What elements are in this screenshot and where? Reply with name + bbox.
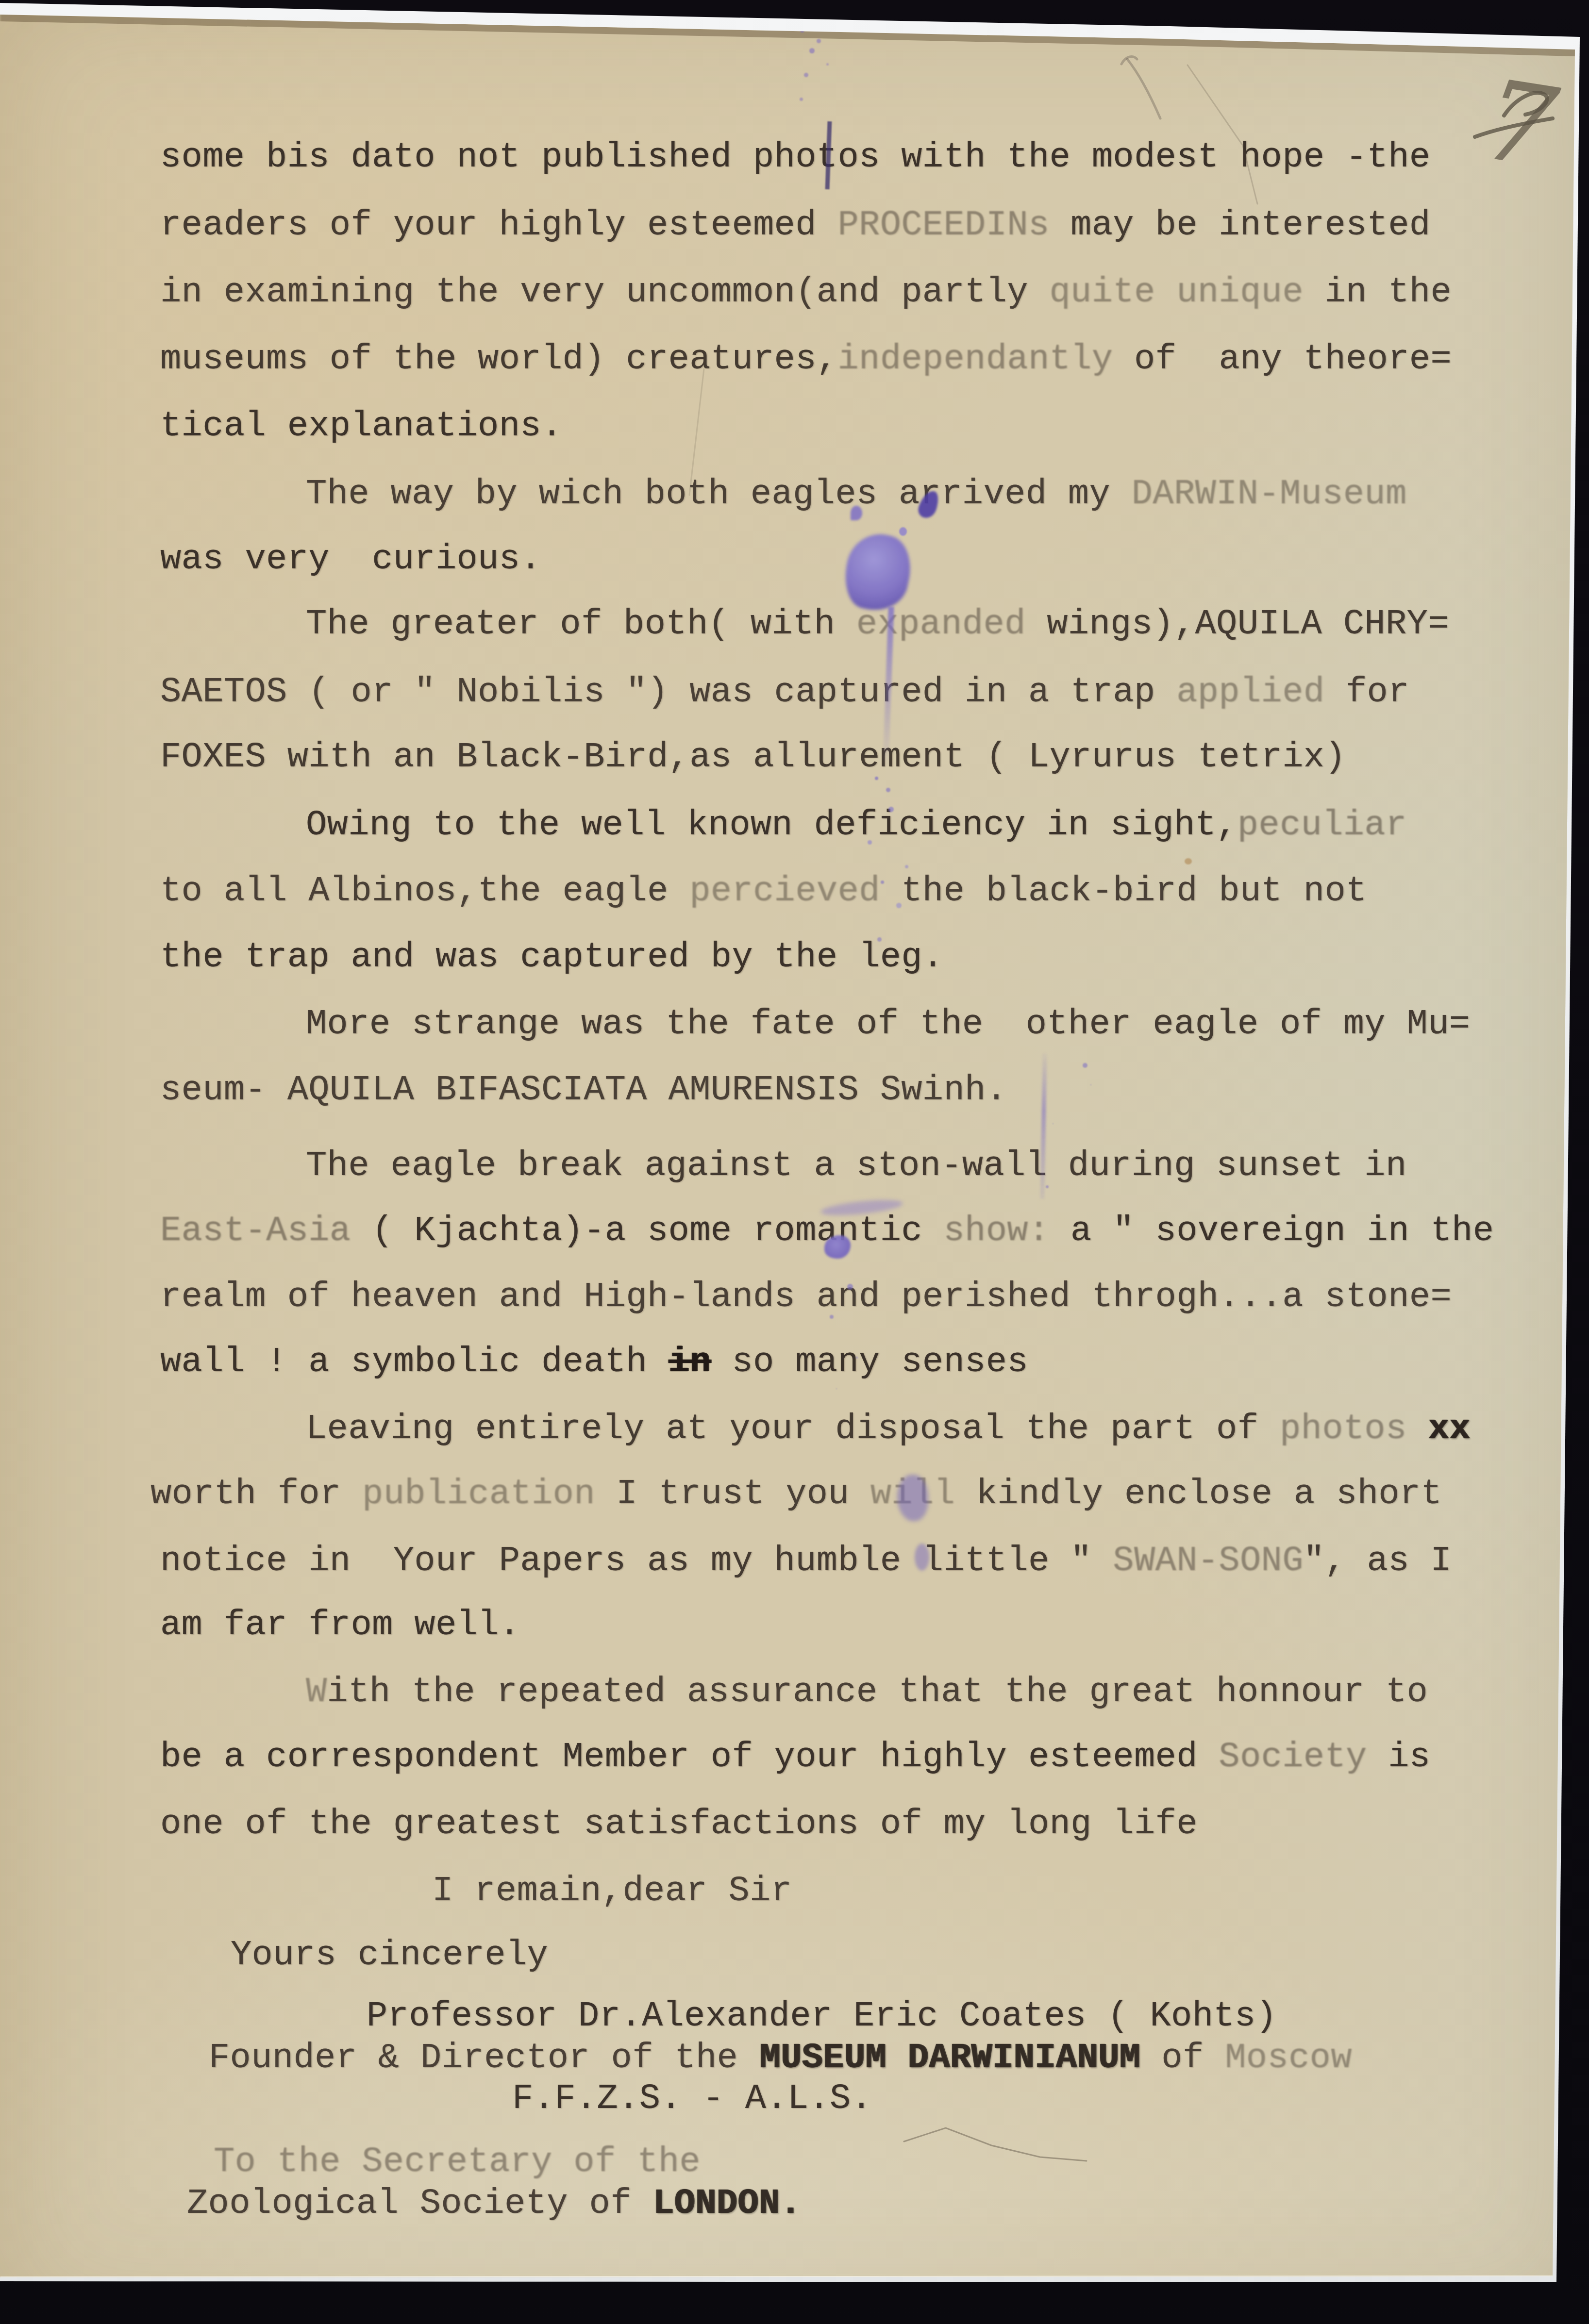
letter-text-segment: percieved: [689, 871, 880, 911]
ink-speckles: [875, 777, 878, 780]
letter-line: some bis dato not published photos with …: [160, 140, 1430, 175]
letter-text-segment: Society: [1219, 1737, 1367, 1777]
letter-line: wall ! a symbolic death in so many sense…: [160, 1345, 1028, 1379]
letter-text-segment: Founder & Director of the: [209, 2038, 759, 2078]
letter-body: some bis dato not published photos with …: [0, 0, 1589, 2324]
letter-text-segment: tical explanations.: [160, 406, 563, 446]
letter-text-segment: of: [1140, 2038, 1225, 2078]
letter-text-segment: ith the repeated assurance that the grea…: [327, 1672, 1428, 1712]
letter-text-segment: notice in Your Papers as my humble littl…: [160, 1541, 1113, 1581]
letter-text-segment: I trust you: [595, 1474, 870, 1514]
letter-text-segment: kindly enclose a short: [955, 1474, 1442, 1514]
letter-text-segment: The greater of both( with: [306, 604, 856, 644]
ink-smudge: [897, 1475, 928, 1521]
letter-line: I remain,dear Sir: [432, 1874, 792, 1909]
rust-stain-dot: [1185, 858, 1192, 864]
letter-line: FOXES with an Black-Bird,as allurement (…: [160, 740, 1346, 775]
letter-text-segment: wall ! a symbolic death: [160, 1342, 669, 1382]
letter-line: to all Albinos,the eagle percieved the b…: [160, 874, 1367, 909]
letter-text-segment: Moscow: [1225, 2038, 1352, 2078]
letter-line: Leaving entirely at your disposal the pa…: [306, 1411, 1470, 1446]
ink-speckles: [1083, 1063, 1087, 1068]
letter-text-segment: I remain,dear Sir: [432, 1871, 792, 1911]
letter-line: in examining the very uncommon(and partl…: [160, 275, 1452, 310]
letter-text-segment: The eagle break against a ston-wall duri…: [306, 1146, 1407, 1186]
ink-smudge: [915, 1544, 929, 1571]
letter-text-segment: was very curious.: [160, 539, 541, 579]
ink-speckles: [847, 1284, 853, 1290]
letter-text-segment: Zoological Society of: [187, 2184, 652, 2224]
letter-line: With the repeated assurance that the gre…: [306, 1675, 1428, 1710]
letter-text-segment: in: [669, 1342, 711, 1382]
letter-line: am far from well.: [160, 1608, 520, 1643]
letter-text-segment: xx: [1428, 1409, 1470, 1449]
letter-text-segment: am far from well.: [160, 1605, 520, 1645]
letter-text-segment: applied: [1176, 672, 1324, 712]
letter-text-segment: LONDON.: [652, 2184, 801, 2224]
letter-text-segment: wings),AQUILA CHRY=: [1026, 604, 1449, 644]
letter-line: Owing to the well known deficiency in si…: [306, 808, 1407, 843]
letter-text-segment: ( Kjachta)-a some romantic: [351, 1211, 943, 1251]
letter-text-segment: show:: [943, 1211, 1049, 1251]
letter-text-segment: Owing to the well known deficiency in si…: [306, 805, 1238, 845]
letter-text-segment: More strange was the fate of the other e…: [306, 1004, 1470, 1044]
letter-text-segment: one of the greatest satisfactions of my …: [160, 1804, 1198, 1844]
letter-line: The greater of both( with expanded wings…: [306, 607, 1449, 642]
letter-text-segment: PROCEEDINs: [837, 205, 1049, 245]
letter-text-segment: the black-bird but not: [880, 871, 1367, 911]
letter-text-segment: To the Secretary of the: [214, 2142, 701, 2182]
letter-text-segment: Leaving entirely at your disposal the pa…: [306, 1409, 1280, 1449]
letter-page: some bis dato not published photos with …: [0, 0, 1589, 2324]
letter-text-segment: is: [1367, 1737, 1431, 1777]
letter-text-segment: independantly: [837, 339, 1113, 379]
letter-line: Professor Dr.Alexander Eric Coates ( Koh…: [367, 1999, 1277, 2034]
letter-text-segment: may be interested: [1050, 205, 1431, 245]
letter-text-segment: of any theore=: [1113, 339, 1452, 379]
letter-text-segment: peculiar: [1238, 805, 1407, 845]
letter-line: To the Secretary of the: [214, 2144, 701, 2179]
letter-text-segment: the trap and was captured by the leg.: [160, 937, 943, 977]
letter-line: F.F.Z.S. - A.L.S.: [512, 2081, 872, 2116]
letter-text-segment: worth for: [151, 1474, 362, 1514]
letter-line: realm of heaven and High-lands and peris…: [160, 1279, 1452, 1314]
letter-text-segment: to all Albinos,the eagle: [160, 871, 689, 911]
letter-text-segment: DARWIN-Museum: [1132, 474, 1407, 514]
letter-line: More strange was the fate of the other e…: [306, 1007, 1470, 1042]
letter-text-segment: seum- AQUILA BIFASCIATA AMURENSIS Swinh.: [160, 1070, 1007, 1110]
letter-text-segment: readers of your highly esteemed: [160, 205, 837, 245]
letter-text-segment: F.F.Z.S. - A.L.S.: [512, 2079, 872, 2119]
letter-text-segment: SWAN-SONG: [1113, 1541, 1303, 1581]
letter-line: tical explanations.: [160, 409, 563, 444]
scan-background: some bis dato not published photos with …: [0, 0, 1589, 2324]
letter-text-segment: in examining the very uncommon(and partl…: [160, 272, 1050, 312]
letter-line: readers of your highly esteemed PROCEEDI…: [160, 208, 1430, 243]
letter-text-segment: quite unique: [1050, 272, 1304, 312]
letter-line: seum- AQUILA BIFASCIATA AMURENSIS Swinh.: [160, 1073, 1007, 1108]
letter-text-segment: for: [1324, 672, 1409, 712]
letter-line: Zoological Society of LONDON.: [187, 2186, 801, 2221]
letter-text-segment: so many senses: [711, 1342, 1028, 1382]
letter-text-segment: in the: [1304, 272, 1452, 312]
letter-text-segment: FOXES with an Black-Bird,as allurement (…: [160, 737, 1346, 777]
letter-line: The eagle break against a ston-wall duri…: [306, 1148, 1407, 1183]
ink-blot-droplet: [851, 506, 862, 520]
letter-text-segment: East-Asia: [160, 1211, 351, 1251]
letter-text-segment: publication: [362, 1474, 595, 1514]
ink-blot-droplet: [899, 527, 907, 536]
letter-line: worth for publication I trust you will k…: [151, 1477, 1442, 1511]
letter-text-segment: a " sovereign in the: [1050, 1211, 1494, 1251]
letter-text-segment: ", as I: [1304, 1541, 1452, 1581]
letter-line: one of the greatest satisfactions of my …: [160, 1807, 1198, 1842]
letter-text-segment: [1407, 1409, 1428, 1449]
letter-line: the trap and was captured by the leg.: [160, 940, 943, 975]
letter-text-segment: W: [306, 1672, 327, 1712]
letter-line: museums of the world) creatures,independ…: [160, 342, 1452, 377]
letter-text-segment: expanded: [856, 604, 1026, 644]
letter-text-segment: be a correspondent Member of your highly…: [160, 1737, 1219, 1777]
letter-line: notice in Your Papers as my humble littl…: [160, 1544, 1452, 1578]
letter-line: be a correspondent Member of your highly…: [160, 1740, 1430, 1775]
letter-line: SAETOS ( or " Nobilis ") was captured in…: [160, 675, 1409, 710]
letter-text-segment: SAETOS ( or " Nobilis ") was captured in…: [160, 672, 1176, 712]
letter-text-segment: MUSEUM DARWINIANUM: [759, 2038, 1140, 2078]
letter-text-segment: Yours cincerely: [231, 1935, 548, 1975]
letter-text-segment: realm of heaven and High-lands and peris…: [160, 1277, 1452, 1317]
letter-line: was very curious.: [160, 542, 541, 577]
letter-text-segment: museums of the world) creatures,: [160, 339, 837, 379]
letter-line: Founder & Director of the MUSEUM DARWINI…: [209, 2041, 1352, 2075]
letter-line: Yours cincerely: [231, 1938, 548, 1973]
letter-text-segment: Professor Dr.Alexander Eric Coates ( Koh…: [367, 1996, 1277, 2036]
letter-text-segment: The way by wich both eagles arrived my: [306, 474, 1132, 514]
letter-text-segment: photos: [1280, 1409, 1407, 1449]
letter-text-segment: some bis dato not published photos with …: [160, 137, 1430, 177]
